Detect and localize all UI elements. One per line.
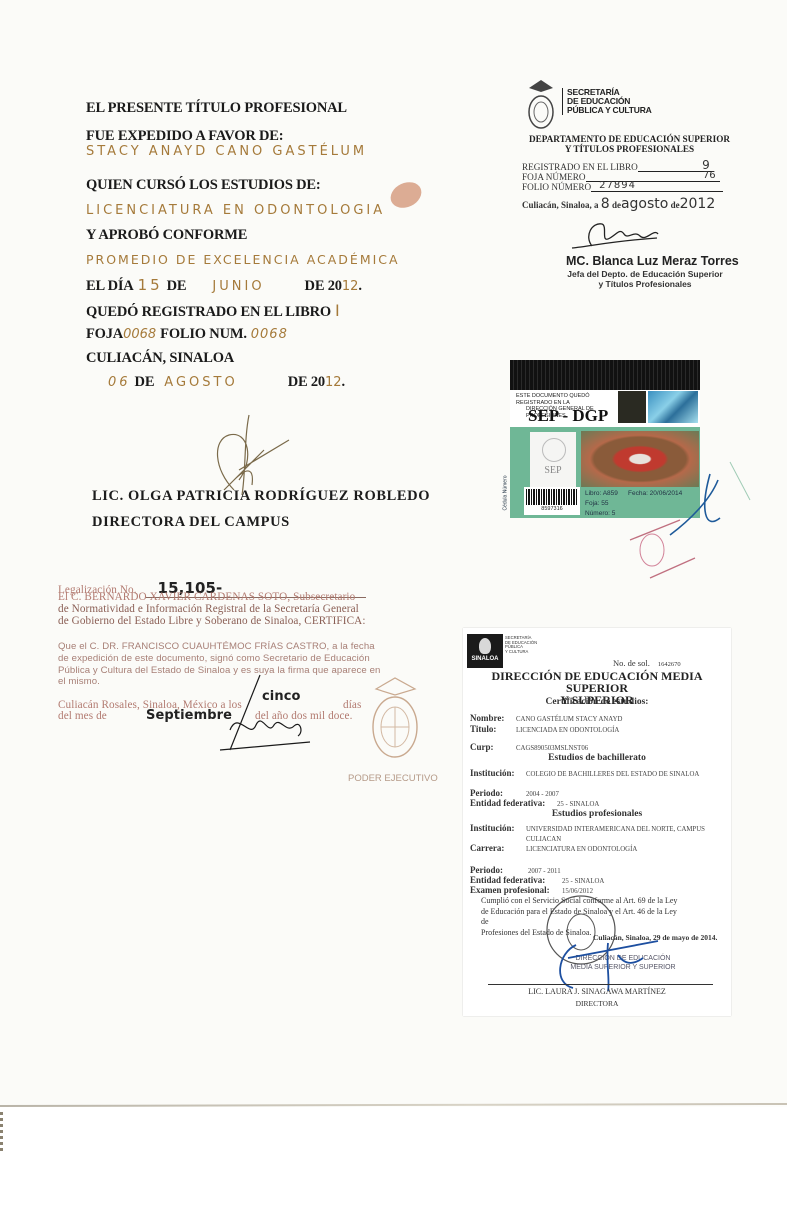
mexico-seal-icon [542,438,566,462]
request-number: No. de sol.1642670 [613,658,681,668]
sep-folio-row: FOLIO NÚMERO27894 [522,180,723,192]
cert-line-2: FUE EXPEDIDO A FAVOR DE: [86,128,283,145]
hologram [648,391,698,423]
row-prof-periodo: Periodo:2007 - 2011 [470,865,561,875]
side-label: Cédula Número [503,475,509,510]
legalization-signature [190,670,320,760]
section-bachillerato: Estudios de bachillerato [463,753,731,763]
grad-month: JUNIO [212,279,264,294]
row-bach-entidad: Entidad federativa:25 - SINALOA [470,798,599,808]
cert-line-3: QUIEN CURSÓ LOS ESTUDIOS DE: [86,177,321,194]
hologram-dark [618,391,646,423]
row-bach-institucion: Institución:COLEGIO DE BACHILLERES DEL E… [470,768,699,778]
scan-edge-mark [0,1112,3,1152]
sep-signer-name: MC. Blanca Luz Meraz Torres [566,254,739,268]
poder-ejecutivo-seal-icon [368,675,423,765]
signature-line [488,984,713,985]
director-title: DIRECTORA DEL CAMPUS [92,514,290,531]
barcode [526,489,578,505]
director-name: LIC. OLGA PATRICIA RODRÍGUEZ ROBLEDO [92,488,430,505]
graduation-date-row: EL DÍA 15 DE JUNIO DE 2012. [86,276,362,295]
director-signature [194,410,294,500]
registration-row: QUEDÓ REGISTRADO EN EL LIBRO I [86,301,343,321]
document-page-lower [0,1107,787,1221]
sep-department: DEPARTAMENTO DE EDUCACIÓN SUPERIOR Y TÍT… [522,134,737,154]
row-curp: Curp:CAGS890503MSLNST06 [470,742,588,752]
dgp-foja: Foja: 55 [585,500,609,507]
sinaloa-org: SECRETARÍA DE EDUCACIÓN PÚBLICA Y CULTUR… [505,636,537,654]
sticker-overlay-signature-stamp [610,460,760,580]
row-carrera: Carrera:LICENCIATURA EN ODONTOLOGÍA [470,843,637,853]
sep-date: Culiacán, Sinaloa, a 8 deagosto de2012 [522,196,715,212]
book-number: I [335,301,343,320]
row-bach-periodo: Periodo:2004 - 2007 [470,788,559,798]
sep-logo: SEP [530,432,576,488]
seal-caption: PODER EJECUTIVO [348,773,438,784]
studies: LICENCIATURA EN ODONTOLOGIA [86,203,385,218]
security-band [510,360,700,390]
row-prof-entidad: Entidad federativa:25 - SINALOA [470,875,604,885]
issue-place: CULIACÁN, SINALOA [86,350,234,367]
row-prof-institucion: Institución:UNIVERSIDAD INTERAMERICANA D… [470,823,705,833]
sep-org-name: SECRETARÍA DE EDUCACIÓN PÚBLICA Y CULTUR… [562,88,652,115]
row-nombre: Nombre:CANO GASTÉLUM STACY ANAYD [470,713,622,723]
section-profesionales: Estudios profesionales [463,809,731,819]
cert-signer-role: DIRECTORA [463,999,731,1008]
blanca-signature [562,216,672,258]
grad-day: 15 [138,276,163,294]
studies-certification: SINALOA SECRETARÍA DE EDUCACIÓN PÚBLICA … [463,628,731,1016]
cert-subheading: Certificación de estudios: [463,697,731,707]
barcode-number: 8597316 [526,506,578,512]
issue-day: 06 [108,375,131,390]
state-crest-icon [526,78,556,132]
sinaloa-logo: SINALOA [467,634,503,668]
cert-line-4: Y APROBÓ CONFORME [86,227,247,244]
folio-number: 0068 [251,327,288,342]
issue-date-row: 06 DE AGOSTO DE 2012. [108,373,345,391]
cert-line-1: EL PRESENTE TÍTULO PROFESIONAL [86,100,347,117]
issue-month: AGOSTO [164,375,237,390]
cert-signer-name: LIC. LAURA J. SINAGAWA MARTÍNEZ [463,987,731,996]
foja-number: 0068 [123,327,156,342]
sep-signer-role: Jefa del Depto. de Educación Superior y … [560,269,730,289]
owl-icon [479,638,491,654]
fingerprint-smudge [386,178,426,212]
row-titulo: Titulo:LICENCIADA EN ODONTOLOGÍA [470,724,619,734]
approval-grade: PROMEDIO DE EXCELENCIA ACADÉMICA [86,252,400,267]
foja-folio-row: FOJA0068 FOLIO NUM. 0068 [86,325,288,343]
dgp-title: SEP - DGP [528,406,608,426]
social-service-note: Cumplió con el Servicio Social conforme … [481,896,681,938]
recipient-name: STACY ANAYD CANO GASTÉLUM [86,144,367,159]
